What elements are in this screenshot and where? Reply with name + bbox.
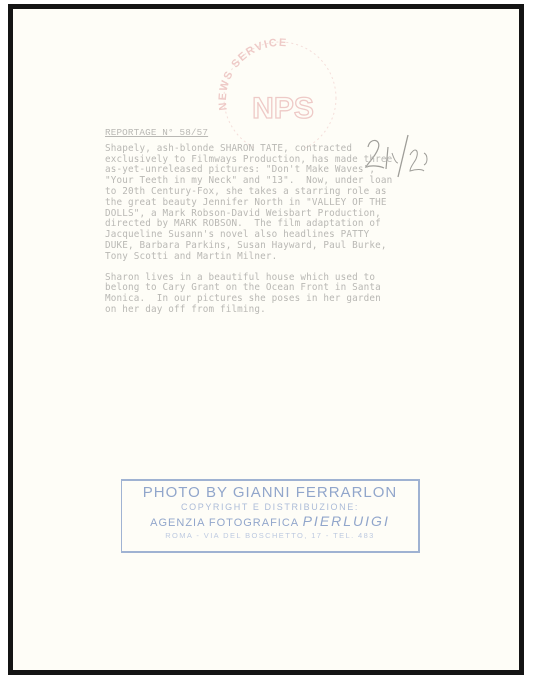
stamp-agency-line: AGENZIA FOTOGRAFICA PIERLUIGI (122, 513, 418, 529)
caption-paragraph-1: Shapely, ash-blonde SHARON TATE, contrac… (105, 144, 435, 263)
stamp-copyright-line: COPYRIGHT E DISTRIBUZIONE: (122, 502, 418, 512)
stamp-address-line: ROMA - VIA DEL BOSCHETTO, 17 - TEL. 483 (122, 531, 418, 540)
typewritten-caption: REPORTAGE N° 58/57 Shapely, ash-blonde S… (105, 128, 435, 316)
stamp-agency-name: PIERLUIGI (303, 513, 390, 529)
reportage-number-heading: REPORTAGE N° 58/57 (105, 128, 435, 139)
caption-paragraph-2: Sharon lives in a beautiful house which … (105, 273, 435, 316)
stamp-photographer-line: PHOTO BY GIANNI FERRARLON (122, 484, 418, 501)
photographer-credit-stamp: PHOTO BY GIANNI FERRARLON COPYRIGHT E DI… (121, 479, 420, 553)
stamp-agency-prefix: AGENZIA FOTOGRAFICA (150, 517, 298, 529)
svg-text:NPS: NPS (252, 92, 314, 125)
